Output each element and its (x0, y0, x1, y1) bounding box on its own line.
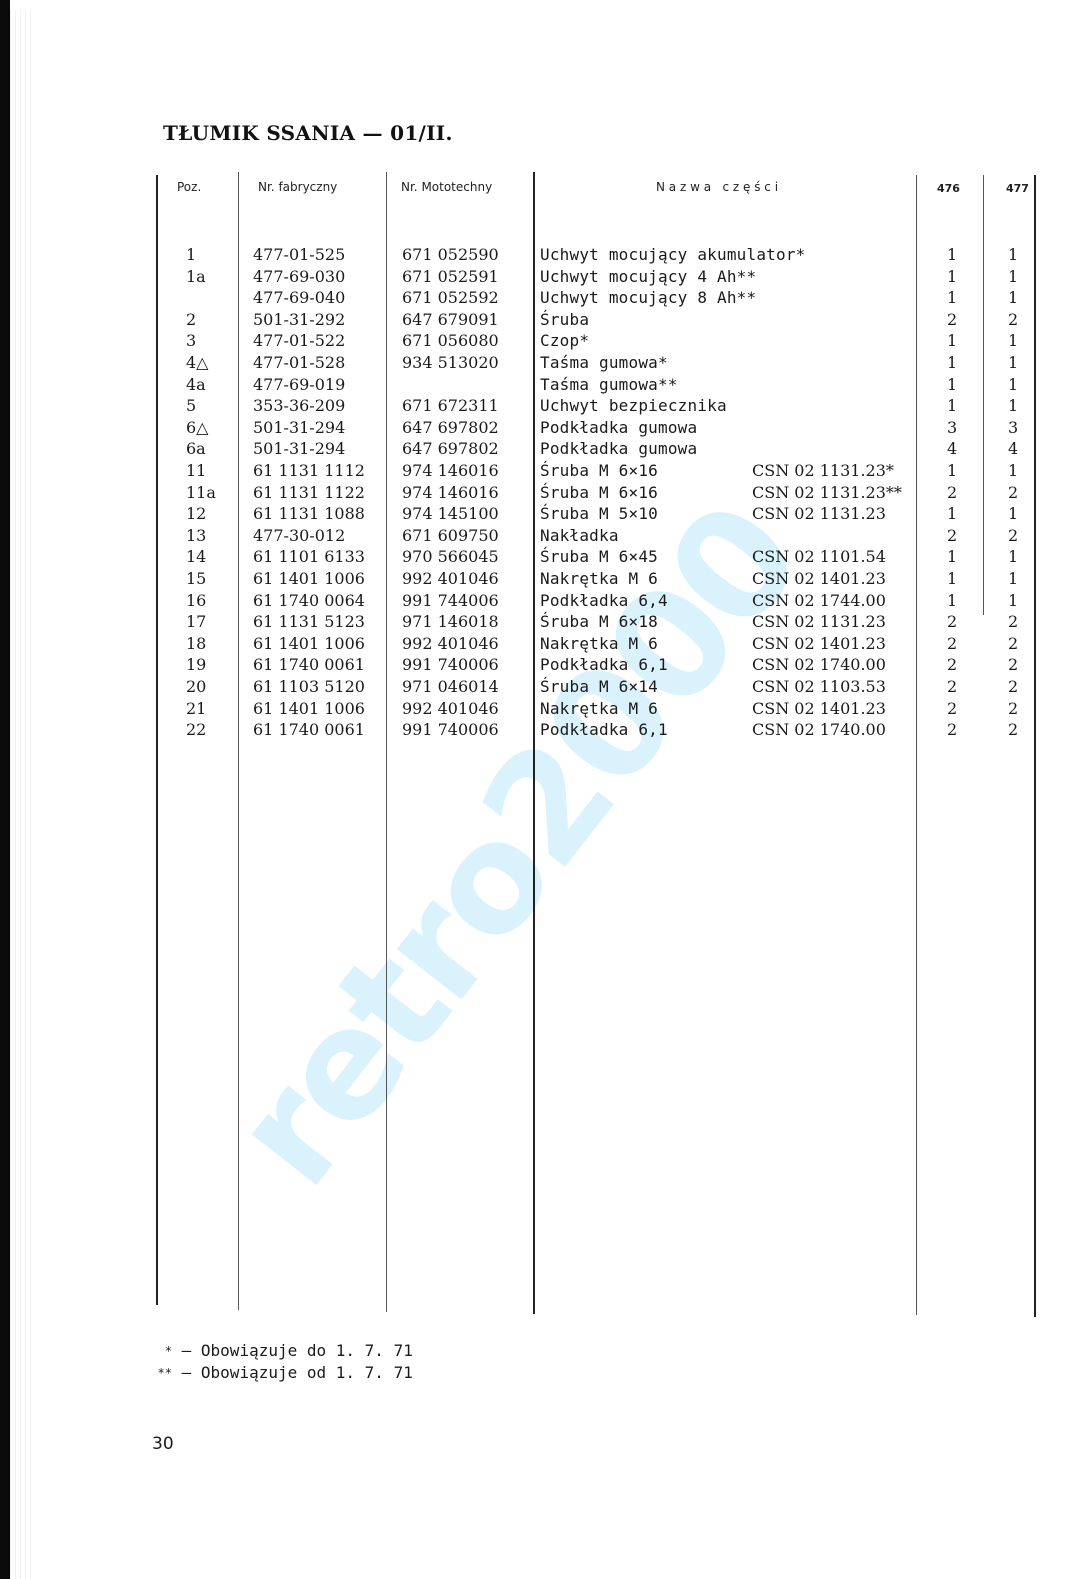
header-model-477: 477 (1006, 182, 1029, 195)
row-factory-number: 477-69-040 (253, 288, 345, 307)
row-mototechna-number: 647 697802 (402, 418, 499, 437)
row-qty-477: 1 (1008, 396, 1018, 415)
page-title: TŁUMIK SSANIA — 01/II. (163, 121, 453, 145)
row-qty-477: 1 (1008, 504, 1018, 523)
row-position: 6△ (186, 418, 208, 437)
row-qty-476: 2 (947, 677, 957, 696)
row-qty-476: 1 (947, 331, 957, 350)
row-qty-476: 1 (947, 504, 957, 523)
row-part-name: Podkładka 6,1 (540, 655, 668, 674)
row-qty-477: 1 (1008, 375, 1018, 394)
row-qty-477: 1 (1008, 267, 1018, 286)
row-part-name: Śruba M 6×16 (540, 461, 658, 480)
row-qty-476: 1 (947, 396, 957, 415)
row-position: 12 (186, 504, 206, 523)
row-mototechna-number: 974 146016 (402, 461, 499, 480)
column-divider (238, 172, 239, 1310)
scan-binding-edge (0, 0, 10, 1579)
row-standard: CSN 02 1401.23 (752, 634, 886, 653)
row-qty-476: 1 (947, 375, 957, 394)
row-qty-476: 2 (947, 720, 957, 739)
row-qty-477: 4 (1008, 439, 1018, 458)
row-mototechna-number: 671 052591 (402, 267, 499, 286)
row-factory-number: 61 1131 5123 (253, 612, 365, 631)
row-factory-number: 501-31-294 (253, 418, 345, 437)
row-qty-476: 2 (947, 483, 957, 502)
row-factory-number: 501-31-292 (253, 310, 345, 329)
footnote: * — Obowiązuje do 1. 7. 71 (150, 1340, 413, 1362)
row-part-name: Nakrętka M 6 (540, 569, 658, 588)
row-part-name: Śruba (540, 310, 589, 329)
row-qty-477: 1 (1008, 591, 1018, 610)
row-qty-477: 1 (1008, 461, 1018, 480)
footnote: ** — Obowiązuje od 1. 7. 71 (150, 1362, 413, 1384)
row-qty-477: 2 (1008, 526, 1018, 545)
row-factory-number: 477-01-528 (253, 353, 345, 372)
header-nazwa-czesci: N a z w a c z ę ś c i (656, 180, 778, 194)
row-part-name: Nakrętka M 6 (540, 699, 658, 718)
row-mototechna-number: 974 145100 (402, 504, 499, 523)
row-position: 3 (186, 331, 196, 350)
row-mototechna-number: 992 401046 (402, 569, 499, 588)
scan-page-edges (10, 10, 32, 1579)
row-part-name: Taśma gumowa* (540, 353, 668, 372)
row-qty-477: 2 (1008, 612, 1018, 631)
row-factory-number: 61 1401 1006 (253, 634, 365, 653)
row-qty-476: 2 (947, 655, 957, 674)
row-mototechna-number: 671 672311 (402, 396, 499, 415)
row-qty-476: 1 (947, 353, 957, 372)
row-part-name: Nakrętka M 6 (540, 634, 658, 653)
row-factory-number: 61 1131 1122 (253, 483, 365, 502)
row-part-name: Śruba M 6×16 (540, 483, 658, 502)
row-qty-476: 4 (947, 439, 957, 458)
row-position: 20 (186, 677, 206, 696)
row-qty-476: 1 (947, 461, 957, 480)
row-position: 1 (186, 245, 196, 264)
row-qty-476: 1 (947, 591, 957, 610)
row-part-name: Śruba M 5×10 (540, 504, 658, 523)
row-position: 17 (186, 612, 206, 631)
row-part-name: Uchwyt mocujący 4 Ah** (540, 267, 756, 286)
footnote-mark: ** (150, 1362, 172, 1384)
row-mototechna-number: 991 744006 (402, 591, 499, 610)
row-qty-477: 2 (1008, 483, 1018, 502)
header-model-476: 476 (937, 182, 960, 195)
row-standard: CSN 02 1131.23 (752, 504, 886, 523)
row-mototechna-number: 971 146018 (402, 612, 499, 631)
row-factory-number: 61 1131 1088 (253, 504, 365, 523)
row-qty-477: 2 (1008, 699, 1018, 718)
row-factory-number: 61 1401 1006 (253, 699, 365, 718)
row-qty-477: 3 (1008, 418, 1018, 437)
row-qty-476: 1 (947, 569, 957, 588)
row-mototechna-number: 974 146016 (402, 483, 499, 502)
row-qty-477: 2 (1008, 720, 1018, 739)
row-standard: CSN 02 1131.23* (752, 461, 894, 480)
row-qty-476: 1 (947, 267, 957, 286)
row-standard: CSN 02 1740.00 (752, 720, 886, 739)
row-qty-476: 3 (947, 418, 957, 437)
row-mototechna-number: 970 566045 (402, 547, 499, 566)
column-divider (916, 175, 917, 1315)
footnote-mark: * (150, 1340, 172, 1362)
row-qty-476: 2 (947, 526, 957, 545)
row-factory-number: 61 1401 1006 (253, 569, 365, 588)
row-standard: CSN 02 1401.23 (752, 569, 886, 588)
row-position: 11a (186, 483, 216, 502)
row-qty-477: 2 (1008, 310, 1018, 329)
row-standard: CSN 02 1131.23** (752, 483, 902, 502)
row-qty-476: 2 (947, 699, 957, 718)
row-position: 4△ (186, 353, 208, 372)
footnotes: * — Obowiązuje do 1. 7. 71 ** — Obowiązu… (150, 1340, 413, 1384)
row-part-name: Śruba M 6×18 (540, 612, 658, 631)
row-mototechna-number: 992 401046 (402, 634, 499, 653)
row-part-name: Podkładka 6,4 (540, 591, 668, 610)
row-qty-476: 1 (947, 288, 957, 307)
row-factory-number: 477-30-012 (253, 526, 345, 545)
row-standard: CSN 02 1401.23 (752, 699, 886, 718)
row-standard: CSN 02 1131.23 (752, 612, 886, 631)
row-position: 2 (186, 310, 196, 329)
row-mototechna-number: 991 740006 (402, 655, 499, 674)
row-qty-476: 2 (947, 612, 957, 631)
column-divider (983, 175, 984, 615)
table-border-right (1034, 175, 1036, 1317)
row-qty-477: 1 (1008, 245, 1018, 264)
row-part-name: Uchwyt bezpiecznika (540, 396, 727, 415)
row-factory-number: 477-01-522 (253, 331, 345, 350)
row-qty-476: 2 (947, 634, 957, 653)
row-position: 19 (186, 655, 206, 674)
row-part-name: Podkładka 6,1 (540, 720, 668, 739)
column-divider (386, 172, 387, 1312)
row-position: 15 (186, 569, 206, 588)
page-number: 30 (152, 1434, 174, 1454)
row-mototechna-number: 934 513020 (402, 353, 499, 372)
row-position: 5 (186, 396, 196, 415)
row-factory-number: 501-31-294 (253, 439, 345, 458)
row-factory-number: 61 1103 5120 (253, 677, 365, 696)
row-qty-476: 1 (947, 547, 957, 566)
row-mototechna-number: 671 056080 (402, 331, 499, 350)
row-mototechna-number: 671 052590 (402, 245, 499, 264)
row-mototechna-number: 971 046014 (402, 677, 499, 696)
row-standard: CSN 02 1744.00 (752, 591, 886, 610)
footnote-text: — Obowiązuje do 1. 7. 71 (182, 1341, 413, 1360)
row-qty-477: 2 (1008, 634, 1018, 653)
row-factory-number: 61 1740 0061 (253, 655, 365, 674)
row-factory-number: 477-01-525 (253, 245, 345, 264)
row-qty-477: 1 (1008, 353, 1018, 372)
row-standard: CSN 02 1101.54 (752, 547, 886, 566)
row-position: 16 (186, 591, 206, 610)
row-position: 6a (186, 439, 206, 458)
header-nr-fabryczny: Nr. fabryczny (258, 180, 337, 194)
row-qty-477: 2 (1008, 677, 1018, 696)
column-divider (533, 172, 535, 1314)
header-poz: Poz. (177, 180, 201, 194)
row-qty-476: 2 (947, 310, 957, 329)
row-part-name: Taśma gumowa** (540, 375, 678, 394)
row-factory-number: 61 1131 1112 (253, 461, 365, 480)
row-position: 11 (186, 461, 206, 480)
row-position: 14 (186, 547, 206, 566)
row-mototechna-number: 671 052592 (402, 288, 499, 307)
row-mototechna-number: 991 740006 (402, 720, 499, 739)
row-standard: CSN 02 1740.00 (752, 655, 886, 674)
row-qty-477: 1 (1008, 569, 1018, 588)
table-border-left (156, 175, 158, 1305)
row-part-name: Podkładka gumowa (540, 418, 697, 437)
row-part-name: Uchwyt mocujący 8 Ah** (540, 288, 756, 307)
row-position: 22 (186, 720, 206, 739)
row-standard: CSN 02 1103.53 (752, 677, 886, 696)
row-qty-477: 1 (1008, 331, 1018, 350)
row-position: 18 (186, 634, 206, 653)
row-position: 13 (186, 526, 206, 545)
row-position: 4a (186, 375, 206, 394)
row-mototechna-number: 647 697802 (402, 439, 499, 458)
row-factory-number: 477-69-019 (253, 375, 345, 394)
row-qty-477: 1 (1008, 547, 1018, 566)
row-factory-number: 61 1740 0061 (253, 720, 365, 739)
footnote-text: — Obowiązuje od 1. 7. 71 (182, 1363, 413, 1382)
row-mototechna-number: 647 679091 (402, 310, 499, 329)
header-nr-mototechny: Nr. Mototechny (401, 180, 492, 194)
row-qty-476: 1 (947, 245, 957, 264)
row-factory-number: 61 1101 6133 (253, 547, 365, 566)
row-position: 1a (186, 267, 206, 286)
row-qty-477: 2 (1008, 655, 1018, 674)
row-part-name: Nakładka (540, 526, 619, 545)
row-part-name: Uchwyt mocujący akumulator* (540, 245, 806, 264)
row-part-name: Śruba M 6×14 (540, 677, 658, 696)
row-mototechna-number: 992 401046 (402, 699, 499, 718)
row-part-name: Czop* (540, 331, 589, 350)
row-factory-number: 477-69-030 (253, 267, 345, 286)
row-factory-number: 353-36-209 (253, 396, 345, 415)
row-position: 21 (186, 699, 206, 718)
row-qty-477: 1 (1008, 288, 1018, 307)
row-mototechna-number: 671 609750 (402, 526, 499, 545)
row-part-name: Podkładka gumowa (540, 439, 697, 458)
row-factory-number: 61 1740 0064 (253, 591, 365, 610)
row-part-name: Śruba M 6×45 (540, 547, 658, 566)
